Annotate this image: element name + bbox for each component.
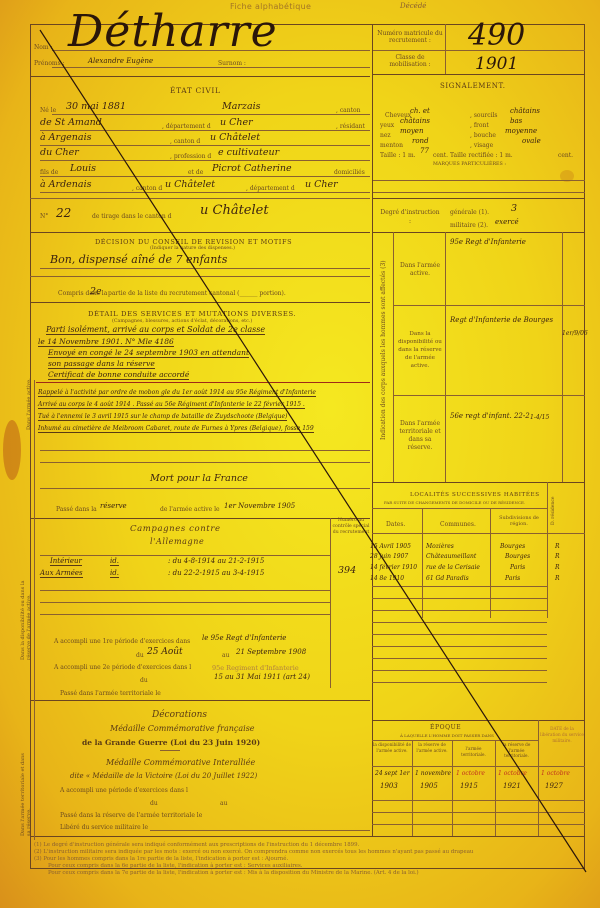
nez-label: nez xyxy=(380,132,391,139)
loc-commune: Châteaumeillant xyxy=(426,553,476,560)
epoque-value-top: 1 octobre xyxy=(456,770,485,777)
periode1-from: 25 Août xyxy=(147,647,183,657)
service-line: le 14 Novembre 1901. N° Mle 4186 xyxy=(38,337,174,347)
rule xyxy=(30,276,370,277)
loc-code: R xyxy=(555,575,560,582)
loc-commune: 61 Gd Paradis xyxy=(426,575,469,582)
rappel-line: Rappelé à l'activité par ordre de mobon … xyxy=(38,389,316,397)
loc-subdivision: Paris xyxy=(505,575,520,582)
rappel-line: Tué à l'ennemi le 3 avril 1915 sur le ch… xyxy=(38,413,287,421)
rule xyxy=(40,268,370,269)
rule xyxy=(372,508,547,509)
rule xyxy=(562,232,563,482)
degre-label: Degré d'instruction : xyxy=(380,208,440,226)
rule xyxy=(160,750,180,751)
rule xyxy=(372,812,585,813)
periode2-value: 95e Regiment d'Infanterie xyxy=(212,664,299,672)
epoque-year: 1915 xyxy=(460,782,478,790)
epoque-value-top: 1 novembre xyxy=(415,770,451,777)
deco-periode-label: A accompli une période d'exercices dans … xyxy=(60,787,188,794)
col-subdivisions: Subdivisions de région. xyxy=(493,515,545,527)
margin-label-3: Dans l'armée territoriale et dans sa rés… xyxy=(20,746,32,836)
rappel-line: Inhumé au cimetière de Meibroom Cabaret,… xyxy=(38,425,314,433)
prenoms-value: Alexandre Eugène xyxy=(88,57,153,65)
classe-value: 1901 xyxy=(475,54,518,74)
rule xyxy=(330,518,331,688)
rule xyxy=(40,462,370,463)
rule xyxy=(490,508,491,618)
rule xyxy=(40,450,370,451)
loc-subdivision: Bourges xyxy=(500,543,525,550)
rule xyxy=(52,50,370,51)
rule xyxy=(393,232,394,482)
ne-le-label: Né le xyxy=(40,107,56,114)
medaille2-line1: Médaille Commémorative Interalliée xyxy=(106,758,255,767)
loc-subdivision: Paris xyxy=(510,564,525,571)
generale-value: 3 xyxy=(511,203,517,214)
matricule-value: 490 xyxy=(468,18,525,53)
corps-row-value: 95e Regt d'Infanterie xyxy=(450,238,526,246)
rule xyxy=(372,232,585,233)
epoque-title: ÉPOQUE xyxy=(430,724,461,731)
loc-date: 15 Avril 1905 xyxy=(370,543,411,550)
ne-le-value: 30 mai 1881 xyxy=(66,101,126,112)
prenoms-label: Prénoms : xyxy=(34,60,65,67)
rule xyxy=(372,610,547,611)
corps-row-label: Dans la disponibilité ou dans la réserve… xyxy=(396,330,444,370)
annotation-decede: Décédé xyxy=(400,2,426,10)
rule xyxy=(372,598,547,599)
date-liberation-year: 1927 xyxy=(545,782,563,790)
rule xyxy=(30,232,370,233)
loc-subdivision: Bourges xyxy=(505,553,530,560)
periode1-label: A accompli une 1re période d'exercices d… xyxy=(54,638,190,645)
passe-label: Passé dans la xyxy=(56,506,97,513)
menton-value: rond xyxy=(412,137,429,145)
epoque-year: 1905 xyxy=(420,782,438,790)
margin-label-1: Dans l'armée active. xyxy=(26,378,32,430)
epoque-year: 1921 xyxy=(503,782,521,790)
rule xyxy=(40,145,370,146)
tirage-prefix: N° xyxy=(40,213,48,220)
rule xyxy=(52,67,370,68)
epoque-subtitle: À LAQUELLE L'HOMME DOIT PASSER DANS xyxy=(400,733,494,738)
rule xyxy=(372,670,547,671)
rule xyxy=(372,824,585,825)
rule xyxy=(372,740,538,741)
lieu-naissance-value: Marzais xyxy=(222,101,261,112)
rule xyxy=(372,682,547,683)
mort-pour-la-france: Mort pour la France xyxy=(150,473,248,484)
canton1-value: de St Amand xyxy=(40,117,102,128)
rule xyxy=(40,602,330,603)
taille-value: 77 xyxy=(420,147,429,155)
medaille1-line2: de la Grande Guerre (Loi du 23 Juin 1920… xyxy=(82,738,260,747)
military-register-page: Fiche alphabétique Décédé Nom : Détharre… xyxy=(0,0,600,908)
services-subtitle: (Campagnes, blessures, actions d'éclat, … xyxy=(112,319,252,324)
nom-label: Nom : xyxy=(34,44,52,51)
rule xyxy=(538,720,539,836)
rule xyxy=(52,114,370,115)
tirage-canton-value: u Châtelet xyxy=(200,203,269,218)
rule xyxy=(30,302,370,303)
departement1-value: u Cher xyxy=(220,117,253,128)
epoque-year: 1903 xyxy=(380,782,398,790)
rule xyxy=(30,700,370,701)
rule xyxy=(40,192,370,193)
taille-cent: cent. xyxy=(558,152,573,159)
classe-label: Classe de mobilisation : xyxy=(376,54,444,68)
periode1-au: au xyxy=(222,652,229,659)
bouche-value: moyenne xyxy=(505,127,537,135)
rule xyxy=(30,76,370,77)
loc-date: 14 février 1910 xyxy=(370,564,417,571)
dept2-value: du Cher xyxy=(40,147,79,158)
margin-label-2: Dans la disponibilité ou dans la réserve… xyxy=(20,560,32,660)
passe-date: 1er Novembre 1905 xyxy=(224,502,295,510)
periode1-value: le 95e Regt d'Infanterie xyxy=(202,634,286,642)
deco-du-label: du xyxy=(150,800,158,807)
passe-value: réserve xyxy=(100,502,127,510)
residence-value: à Argenais xyxy=(40,132,92,143)
rule xyxy=(40,614,330,615)
campagne-ref: id. xyxy=(110,557,119,566)
medaille2-line2: dite « Médaille de la Victoire (Loi du 2… xyxy=(70,772,257,780)
cheveux-value: ch. et xyxy=(410,107,430,115)
yeux-value: châtains xyxy=(400,117,430,125)
col-dates: Dates. xyxy=(386,521,405,528)
rule xyxy=(372,198,585,199)
resident-label: , résidant xyxy=(336,123,365,130)
decision-value: Bon, dispensé aîné de 7 enfants xyxy=(50,253,227,266)
loc-code: R xyxy=(555,543,560,550)
service-line: Parti isolément, arrivé au corps et Sold… xyxy=(46,325,265,335)
taille-label: Taille : 1 m. xyxy=(380,152,416,159)
rule xyxy=(30,836,585,837)
corps-row-label: Dans l'armée active. xyxy=(396,262,444,278)
rule xyxy=(40,488,370,489)
compris-suffix: partie de la liste du recrutement canton… xyxy=(108,290,286,297)
service-line: Certificat de bonne conduite accordé xyxy=(48,370,189,380)
deco-au-label: au xyxy=(220,800,227,807)
loc-commune: Mozières xyxy=(426,543,454,550)
footnote: (1) Le degré d'instruction générale sera… xyxy=(34,842,359,848)
epoque-col: la disponibilité de l'armée active. xyxy=(373,742,411,753)
periode1-du: du xyxy=(136,652,144,659)
rule xyxy=(30,518,370,519)
rule xyxy=(393,395,585,396)
rule xyxy=(445,232,446,482)
rule xyxy=(372,720,585,721)
corps-row-value: Regt d'Infanterie de Bourges xyxy=(450,316,553,324)
rappel-line: Arrivé au corps le 4 août 1914 . Passé a… xyxy=(38,401,305,409)
libere-label: Libéré du service militaire le xyxy=(60,824,148,831)
front-label: , front xyxy=(470,122,489,129)
visage-value: ovale xyxy=(522,137,541,145)
periode2-label: A accompli une 2e période d'exercices da… xyxy=(54,664,191,671)
rule xyxy=(40,590,330,591)
canton-label: , canton xyxy=(336,107,361,114)
corps-row-note: 1er/9/06 xyxy=(562,330,588,337)
generale-label: générale (1). xyxy=(450,209,489,216)
rule xyxy=(422,508,423,618)
departement3-value: u Cher xyxy=(305,179,338,190)
corps-row-note: 1-4/15 xyxy=(530,414,549,421)
campagnes-title-1: Campagnes contre xyxy=(130,524,221,534)
loc-date: 14 8e 1910 xyxy=(370,575,404,582)
rule xyxy=(372,50,585,51)
rule xyxy=(40,555,330,556)
et-de-label: et de xyxy=(188,169,203,176)
footnote: (2) L'instruction militaire sera indiqué… xyxy=(34,849,473,855)
decision-title: DÉCISION DU CONSEIL DE REVISION ET MOTIF… xyxy=(95,238,292,246)
sourcils-value: châtains xyxy=(510,107,540,115)
rule xyxy=(412,740,413,836)
decorations-title: Décorations xyxy=(152,710,207,720)
pere-value: Louis xyxy=(70,163,96,174)
militaire-value: exercé xyxy=(495,218,519,226)
rule xyxy=(372,586,547,587)
rule xyxy=(372,766,585,767)
corps-row-value: 56e regt d'infant. 22-2 xyxy=(450,412,530,420)
rule xyxy=(393,305,585,306)
rule xyxy=(36,382,370,383)
footnote: Pour ceux compris dans la 7e partie de l… xyxy=(48,870,419,876)
rule xyxy=(547,482,548,618)
rule xyxy=(372,800,585,801)
rule xyxy=(372,74,585,75)
canton2-label: , canton d xyxy=(170,138,200,145)
rule xyxy=(40,160,370,161)
passe-suffix: de l'armée active le xyxy=(160,506,220,513)
epoque-col: l'armée territoriale. xyxy=(453,746,494,757)
signalement-title: SIGNALEMENT. xyxy=(440,82,506,90)
rule xyxy=(30,198,370,199)
col-communes: Communes. xyxy=(440,521,476,528)
taille-suffix: cent. Taille rectifiée : 1 m. xyxy=(433,152,513,159)
rule xyxy=(372,634,547,635)
domicilies-label: domiciliés xyxy=(334,169,365,176)
rule xyxy=(372,646,547,647)
col-residence: D. résidence xyxy=(551,497,556,526)
corps-vertical-label: Indication des corps auxquels les hommes… xyxy=(380,240,387,440)
reserve-territ-label: Passé dans la réserve de l'armée territo… xyxy=(60,812,202,819)
campagnes-title-2: l'Allemagne xyxy=(150,537,204,546)
territoriale-label: Passé dans l'armée territoriale le xyxy=(60,690,161,697)
rule xyxy=(372,192,585,193)
tirage-value: 22 xyxy=(56,206,71,220)
service-line: Envoyé en congé le 24 septembre 1903 en … xyxy=(48,348,249,358)
canton2-value: u Châtelet xyxy=(210,132,260,143)
date-liberation-title: DATE de la libération du service militai… xyxy=(540,726,584,744)
campagne-type: Aux Armées xyxy=(40,569,83,578)
surnom-label: Surnom : xyxy=(218,60,246,67)
yeux-label: yeux xyxy=(380,122,394,129)
medaille1-line1: Médaille Commémorative française xyxy=(110,724,255,733)
footnote: Pour ceux compris dans la 6e partie de l… xyxy=(48,863,302,869)
matricule-label: Numéro matricule du recrutement : xyxy=(376,30,444,44)
campagne-ref: id. xyxy=(110,569,119,578)
decision-subtitle: (Indiquer la nature des dispenses.) xyxy=(150,246,235,251)
date-liberation-top: 1 octobre xyxy=(541,770,570,777)
profession-value: e cultivateur xyxy=(218,147,279,158)
rule xyxy=(372,658,547,659)
militaire-label: militaire (2). xyxy=(450,222,488,229)
canton3-value: u Châtelet xyxy=(165,179,215,190)
epoque-value-top: 24 sept 1er xyxy=(375,770,410,777)
campagne-period: : du 4-8-1914 au 21-2-1915 xyxy=(168,557,264,565)
services-title: DÉTAIL DES SERVICES ET MUTATIONS DIVERSE… xyxy=(88,310,296,318)
rule xyxy=(372,180,585,181)
compris-value: 2e xyxy=(90,286,102,297)
periode1-to: 21 Septembre 1908 xyxy=(236,648,306,656)
stain xyxy=(3,420,21,480)
epoque-col: la réserve de l'armée territoriale. xyxy=(496,742,537,759)
localites-title: LOCALITÉS SUCCESSIVES HABITÉES xyxy=(410,492,540,498)
campagne-type: Intérieur xyxy=(50,557,82,566)
rule xyxy=(40,130,370,131)
front-value: bas xyxy=(510,117,522,125)
loc-commune: rue de la Cerisaie xyxy=(426,564,480,571)
bouche-label: , bouche xyxy=(470,132,496,139)
rule xyxy=(40,176,370,177)
canton3-label: , canton d xyxy=(132,185,162,192)
visage-label: , visage xyxy=(470,142,493,149)
rule xyxy=(34,380,35,840)
fils-de-label: fils de xyxy=(40,169,58,176)
rule xyxy=(372,24,373,836)
menton-label: menton xyxy=(380,142,403,149)
footnote: (3) Pour les hommes compris dans la 1re … xyxy=(34,856,288,862)
rule xyxy=(372,482,585,483)
rule xyxy=(372,622,547,623)
marques-label: MARQUES PARTICULIÈRES : xyxy=(433,162,506,167)
campagne-period: : du 22-2-1915 au 3-4-1915 xyxy=(168,569,264,577)
epoque-value-top: 1 octobre xyxy=(498,770,527,777)
nez-value: moyen xyxy=(400,127,423,135)
profession-label: , profession d xyxy=(170,153,211,160)
loc-code: R xyxy=(555,564,560,571)
controle-label: Numéro au contrôle spécial du recrutemen… xyxy=(332,518,370,536)
periode2-dates: 15 au 31 Mai 1911 (art 24) xyxy=(214,673,310,681)
departement3-label: , département d xyxy=(246,185,295,192)
service-line: son passage dans la réserve xyxy=(48,359,155,369)
periode2-du: du xyxy=(140,677,148,684)
domicile-value: à Ardenais xyxy=(40,179,92,190)
departement-label: , département d xyxy=(162,123,211,130)
loc-code: R xyxy=(555,553,560,560)
sourcils-label: , sourcils xyxy=(470,112,498,119)
controle-value: 394 xyxy=(338,565,356,576)
etat-civil-title: ÉTAT CIVIL xyxy=(170,86,221,95)
tirage-label: de tirage dans le canton d xyxy=(92,213,171,220)
rule xyxy=(445,24,446,74)
localites-subtitle: PAR SUITE DE CHANGEMENTS DE DOMICILE OU … xyxy=(384,500,525,505)
mere-value: Picrot Catherine xyxy=(212,163,292,174)
loc-date: 28 juin 1907 xyxy=(370,553,408,560)
corps-row-label: Dans l'armée territoriale et dans sa rés… xyxy=(396,420,444,452)
epoque-col: la réserve de l'armée active. xyxy=(413,742,451,753)
rule xyxy=(372,533,585,534)
rule xyxy=(150,830,370,831)
